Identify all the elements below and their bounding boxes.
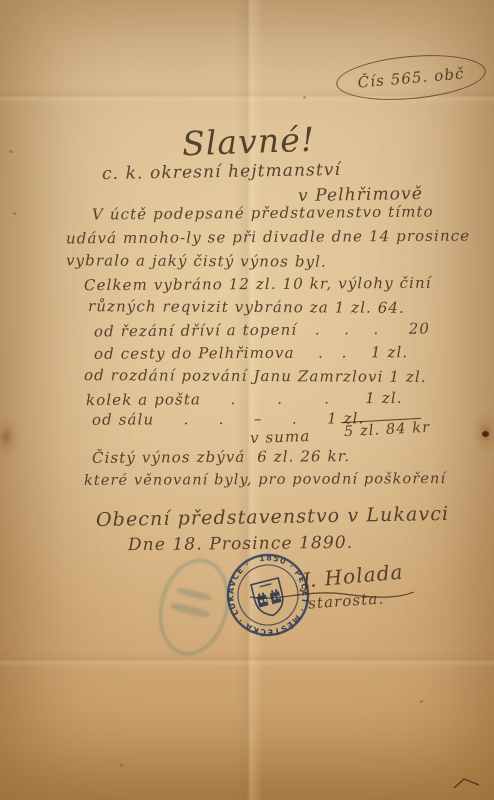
body-line: vybralo a jaký čistý výnos byl. <box>66 251 327 270</box>
closing-line-2: Dne 18. Prosince 1890. <box>128 533 353 555</box>
body-line: Čistý výnos zbývá 6 zl. 26 kr. <box>92 447 350 467</box>
body-line: různých reqvizit vybráno za 1 zl. 64. <box>88 297 405 317</box>
body-line: od cesty do Pelhřimova . . 1 zl. <box>94 343 408 363</box>
corner-ink-mark <box>452 776 482 792</box>
reference-number: Čís 565. obč <box>357 64 465 91</box>
body-line: od sálu . . – . 1 zl. <box>92 409 364 428</box>
addressee-line-1: c. k. okresní hejtmanství <box>102 160 341 184</box>
sum-label: v suma <box>250 427 311 447</box>
body-line: od rozdání pozvání Janu Zamrzlovi 1 zl. <box>84 366 427 386</box>
body-line: kolek a pošta . . . 1 zl. <box>86 389 403 409</box>
body-line: které věnovaní byly, pro povodní poškoře… <box>84 471 446 489</box>
body-line: od řezání dříví a topení . . . 20 <box>94 320 430 341</box>
stamp-smear <box>176 586 213 602</box>
document-heading: Slavné! <box>181 120 316 164</box>
stamp-smear <box>170 601 211 618</box>
body-line: udává mnoho-ly se při divadle dne 14 pro… <box>66 227 470 248</box>
body-line: Celkem vybráno 12 zl. 10 kr, výlohy činí <box>84 274 432 294</box>
body-line: V úctě podepsané představenstvo tímto <box>92 203 434 224</box>
